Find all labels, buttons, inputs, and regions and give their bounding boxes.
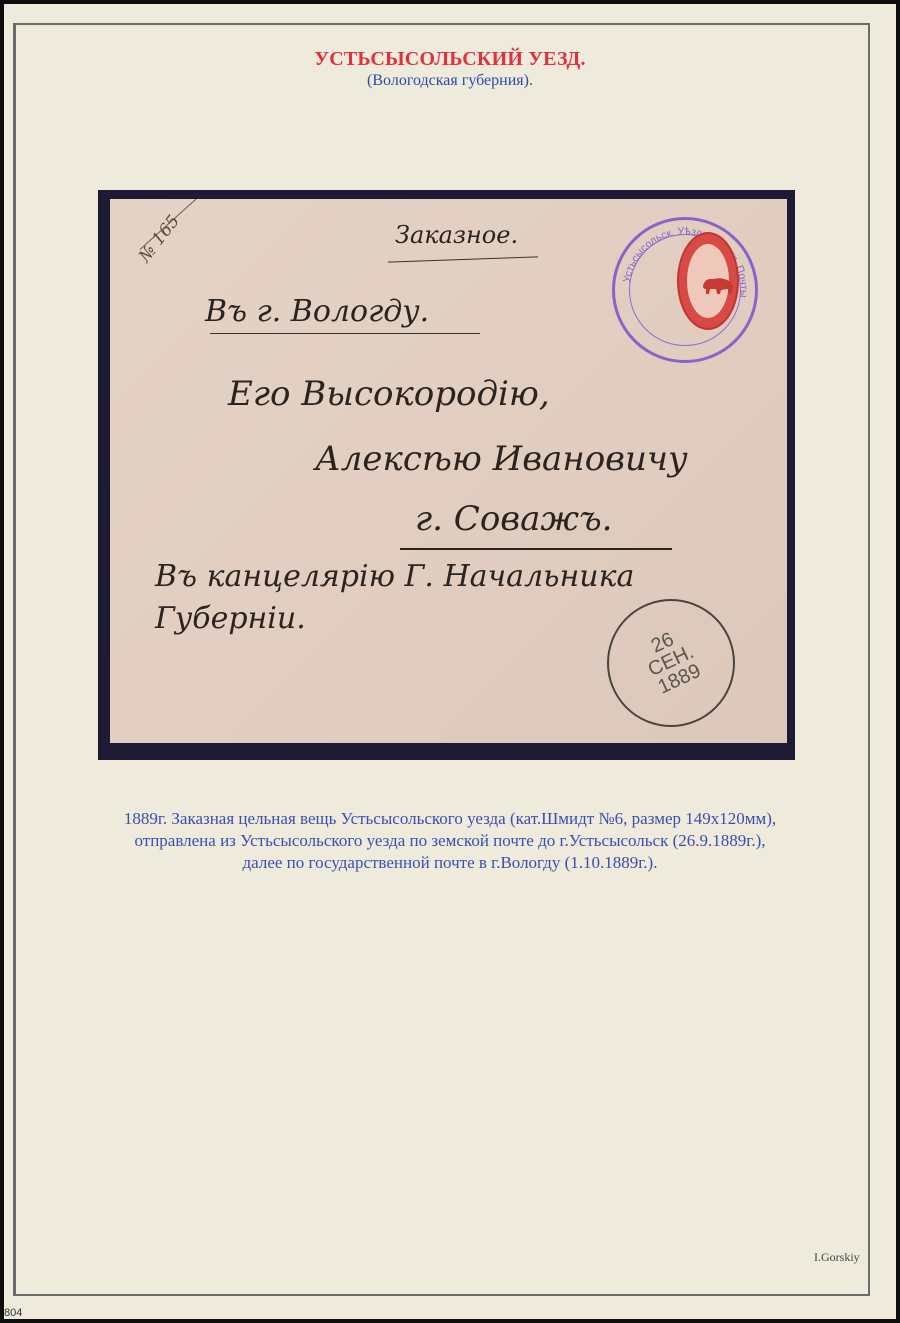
caption-line-1: 1889г. Заказная цельная вещь Устьсысольс… — [40, 808, 860, 830]
page-subtitle: (Вологодская губерния). — [0, 72, 900, 90]
address-line-1: Его Высокородію, — [228, 374, 550, 414]
address-line-4: Въ канцелярію Г. Начальника — [155, 559, 634, 594]
registered-mark: Заказное. — [395, 221, 518, 249]
underline — [388, 256, 538, 262]
underline — [400, 548, 672, 550]
postmark: 26 СЕН. 1889 — [607, 599, 735, 727]
destination-city: Въ г. Вологду. — [205, 294, 429, 329]
page-number: 804 — [4, 1307, 22, 1319]
registration-number: № 165 — [135, 211, 184, 266]
printed-indicium — [677, 232, 739, 330]
caption-line-2: отправлена из Устьсысольского уезда по з… — [40, 830, 860, 852]
bear-icon — [701, 272, 735, 296]
page-title: УСТЬСЫСОЛЬСКИЙ УЕЗД. — [0, 48, 900, 71]
address-line-2: Алексѣю Ивановичу — [315, 439, 688, 479]
envelope: № 165 Заказное. Въ г. Вологду. Его Высок… — [110, 199, 787, 743]
address-line-3: г. Соважъ. — [415, 499, 612, 539]
caption-line-3: далее по государственной почте в г.Волог… — [40, 852, 860, 874]
address-line-5: Губерніи. — [155, 601, 306, 636]
description-caption: 1889г. Заказная цельная вещь Устьсысольс… — [40, 808, 860, 874]
author-signature: I.Gorskiy — [814, 1250, 860, 1265]
underline — [210, 333, 480, 334]
